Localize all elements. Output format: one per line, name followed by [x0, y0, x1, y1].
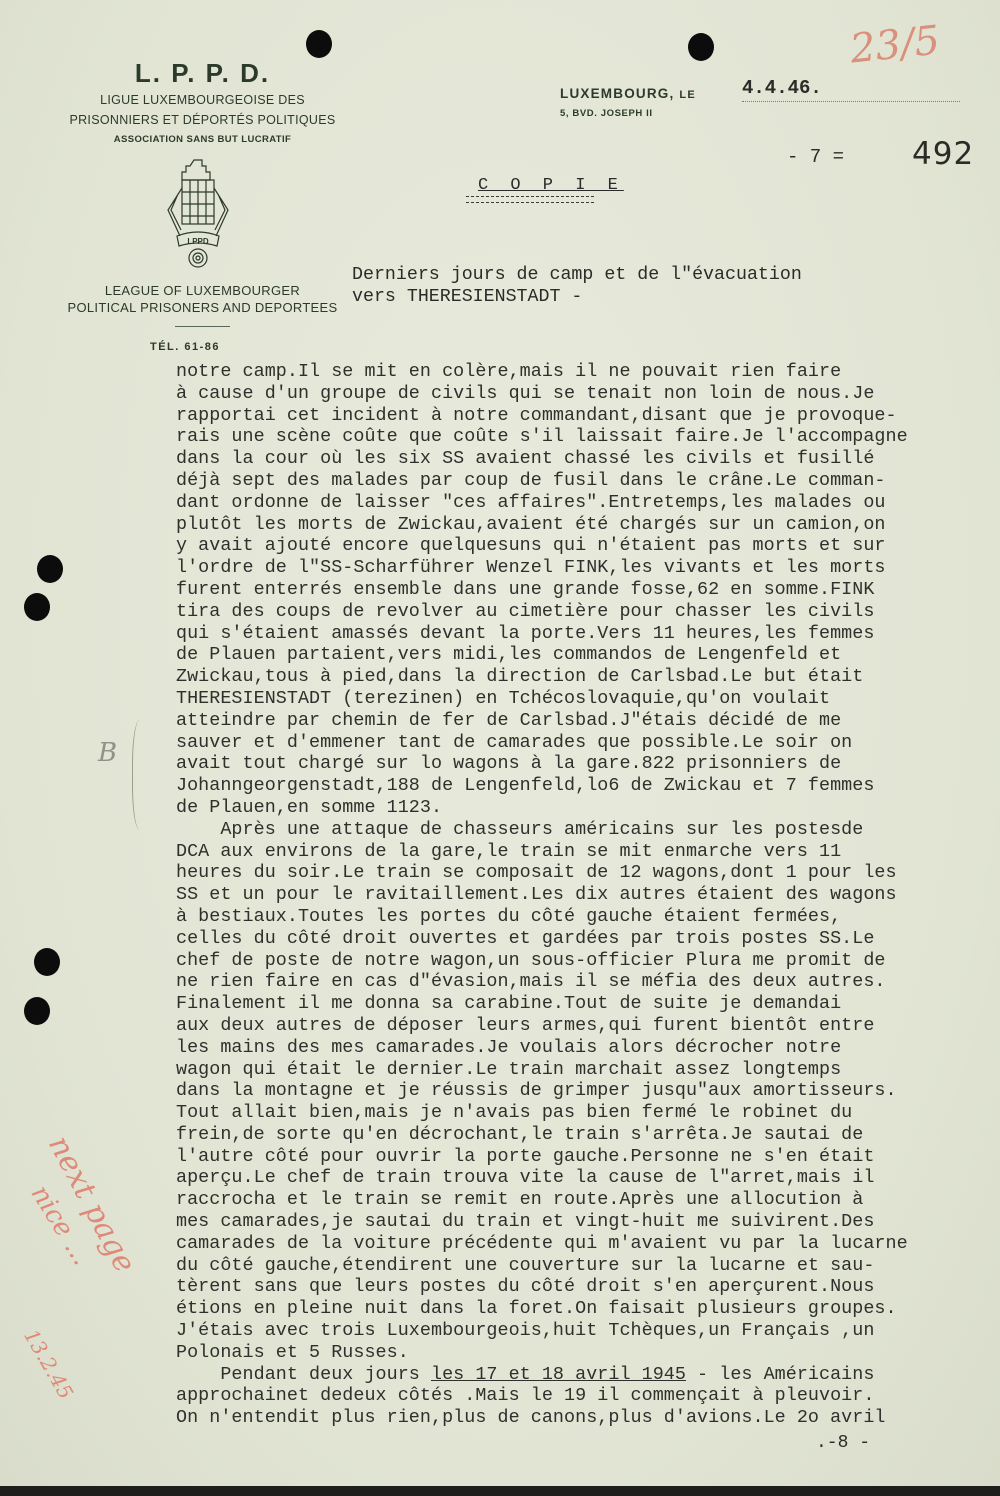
body-line: l'autre côté pour ouvrir la porte gauche…	[176, 1146, 1000, 1168]
body-line: notre camp.Il se mit en colère,mais il n…	[176, 361, 1000, 383]
body-line: camarades de la voiture précédente qui m…	[176, 1233, 1000, 1255]
body-text: notre camp.Il se mit en colère,mais il n…	[176, 361, 1000, 1429]
next-page-marker: .-8 -	[816, 1433, 870, 1453]
punch-hole	[24, 593, 50, 621]
body-line: Polonais et 5 Russes.	[176, 1342, 1000, 1364]
body-fragment: - les Américains	[686, 1364, 874, 1385]
city: LUXEMBOURG,	[560, 86, 674, 101]
org-subtitle: ASSOCIATION SANS BUT LUCRATIF	[60, 134, 345, 145]
body-line: furent enterrés ensemble dans une grande…	[176, 579, 1000, 601]
org-name-en-line2: POLITICAL PRISONERS AND DEPORTEES	[50, 300, 355, 315]
city-le: LE	[679, 89, 695, 101]
body-line: Zwickau,tous à pied,dans la direction de…	[176, 666, 1000, 688]
body-line: à cause d'un groupe de civils qui se ten…	[176, 383, 1000, 405]
body-line: chef de poste de notre wagon,un sous-off…	[176, 950, 1000, 972]
copie-stamp: C O P I E	[478, 176, 624, 195]
punch-hole	[688, 33, 714, 61]
page-marker: - 7 =	[787, 146, 844, 168]
body-line: étions en pleine nuit dans la foret.On f…	[176, 1298, 1000, 1320]
body-line: l'ordre de l"SS-Scharführer Wenzel FINK,…	[176, 557, 1000, 579]
body-line: y avait ajouté encore quelquesuns qui n'…	[176, 535, 1000, 557]
body-line: tira des coups de revolver au cimetière …	[176, 601, 1000, 623]
body-line: plutôt les morts de Zwickau,avaient été …	[176, 514, 1000, 536]
body-line: approchainet dedeux côtés .Mais le 19 il…	[176, 1385, 1000, 1407]
body-line: rais une scène coûte que coûte s'il lais…	[176, 426, 1000, 448]
date-dotted-line	[742, 101, 960, 102]
body-line: Johanngeorgenstadt,188 de Lengenfeld,lo6…	[176, 775, 1000, 797]
copie-double-rule	[466, 196, 594, 203]
body-line: raccrocha et le train se remit en route.…	[176, 1189, 1000, 1211]
document-page: L. P. P. D. LIGUE LUXEMBOURGEOISE DES PR…	[0, 0, 1000, 1496]
body-line: déjà sept des malades par coup de fusil …	[176, 470, 1000, 492]
body-line: tèrent sans que leurs postes du côté dro…	[176, 1276, 1000, 1298]
body-line: celles du côté droit ouvertes et gardées…	[176, 928, 1000, 950]
body-line: frein,de sorte qu'en décrochant,le train…	[176, 1124, 1000, 1146]
punch-hole	[37, 555, 63, 583]
scan-edge	[0, 1486, 1000, 1496]
body-line: Tout allait bien,mais je n'avais pas bie…	[176, 1102, 1000, 1124]
body-line: rapportai cet incident à notre commandan…	[176, 405, 1000, 427]
punch-hole	[24, 997, 50, 1025]
lppd-emblem-icon: LPPD	[165, 158, 231, 270]
body-line: à bestiaux.Toutes les portes du côté gau…	[176, 906, 1000, 928]
body-line: sauver et d'emmener tant de camarades qu…	[176, 732, 1000, 754]
emblem-label: LPPD	[187, 237, 209, 246]
body-line: atteindre par chemin de fer de Carlsbad.…	[176, 710, 1000, 732]
body-line: dans la cour où les six SS avaient chass…	[176, 448, 1000, 470]
pencil-annotation: 23/5	[848, 17, 942, 72]
body-line: dans la montagne et je réussis de grimpe…	[176, 1080, 1000, 1102]
org-name-fr-line2: PRISONNIERS ET DÉPORTÉS POLITIQUES	[50, 113, 355, 127]
body-line: heures du soir.Le train se composait de …	[176, 862, 1000, 884]
body-line: dant ordonne de laisser "ces affaires".E…	[176, 492, 1000, 514]
body-line: Pendant deux jours les 17 et 18 avril 19…	[176, 1364, 1000, 1386]
body-line: Après une attaque de chasseurs américain…	[176, 819, 1000, 841]
body-line: Finalement il me donna sa carabine.Tout …	[176, 993, 1000, 1015]
address: 5, BVD. JOSEPH II	[560, 108, 653, 119]
org-name-fr-line1: LIGUE LUXEMBOURGEOISE DES	[60, 93, 345, 107]
body-line: qui s'étaient amassés devant la porte.Ve…	[176, 623, 1000, 645]
body-fragment: Pendant deux jours	[176, 1364, 431, 1385]
body-line: DCA aux environs de la gare,le train se …	[176, 841, 1000, 863]
body-line: de Plauen,en somme 1123.	[176, 797, 1000, 819]
body-line: wagon qui était le dernier.Le train marc…	[176, 1059, 1000, 1081]
body-line: On n'entendit plus rien,plus de canons,p…	[176, 1407, 1000, 1429]
body-line: aux deux autres de déposer leurs armes,q…	[176, 1015, 1000, 1037]
punch-hole	[34, 948, 60, 976]
org-abbreviation: L. P. P. D.	[60, 58, 345, 89]
reference-number: 492	[912, 136, 974, 172]
underlined-date: les 17 et 18 avril 1945	[431, 1364, 686, 1385]
org-name-en-line1: LEAGUE OF LUXEMBOURGER	[60, 283, 345, 298]
gray-margin-mark: B	[98, 738, 117, 768]
body-line: aperçu.Le chef de train trouva vite la c…	[176, 1167, 1000, 1189]
body-line: THERESIENSTADT (terezinen) en Tchécoslov…	[176, 688, 1000, 710]
divider	[175, 326, 230, 327]
body-line: du côté gauche,étendirent une couverture…	[176, 1255, 1000, 1277]
punch-hole	[306, 30, 332, 58]
body-line: de Plauen partaient,vers midi,les comman…	[176, 644, 1000, 666]
telephone: TÉL. 61-86	[60, 341, 310, 353]
body-line: les mains des mes camarades.Je voulais a…	[176, 1037, 1000, 1059]
margin-note-date: 13.2.45	[19, 1325, 78, 1403]
body-line: SS et un pour le ravitaillement.Les dix …	[176, 884, 1000, 906]
body-line: avait tout chargé sur lo wagons à la gar…	[176, 753, 1000, 775]
subject-line: Derniers jours de camp et de l"évacuatio…	[352, 264, 802, 286]
body-line: ne rien faire en cas d"évasion,mais il s…	[176, 971, 1000, 993]
city-line: LUXEMBOURG, LE	[560, 86, 696, 101]
body-line: J'étais avec trois Luxembourgeois,huit T…	[176, 1320, 1000, 1342]
letter-date: 4.4.46.	[742, 77, 822, 99]
subject-line: vers THERESIENSTADT -	[352, 286, 802, 308]
subject: Derniers jours de camp et de l"évacuatio…	[352, 264, 802, 308]
body-line: mes camarades,je sautai du train et ving…	[176, 1211, 1000, 1233]
margin-bracket	[132, 720, 151, 830]
